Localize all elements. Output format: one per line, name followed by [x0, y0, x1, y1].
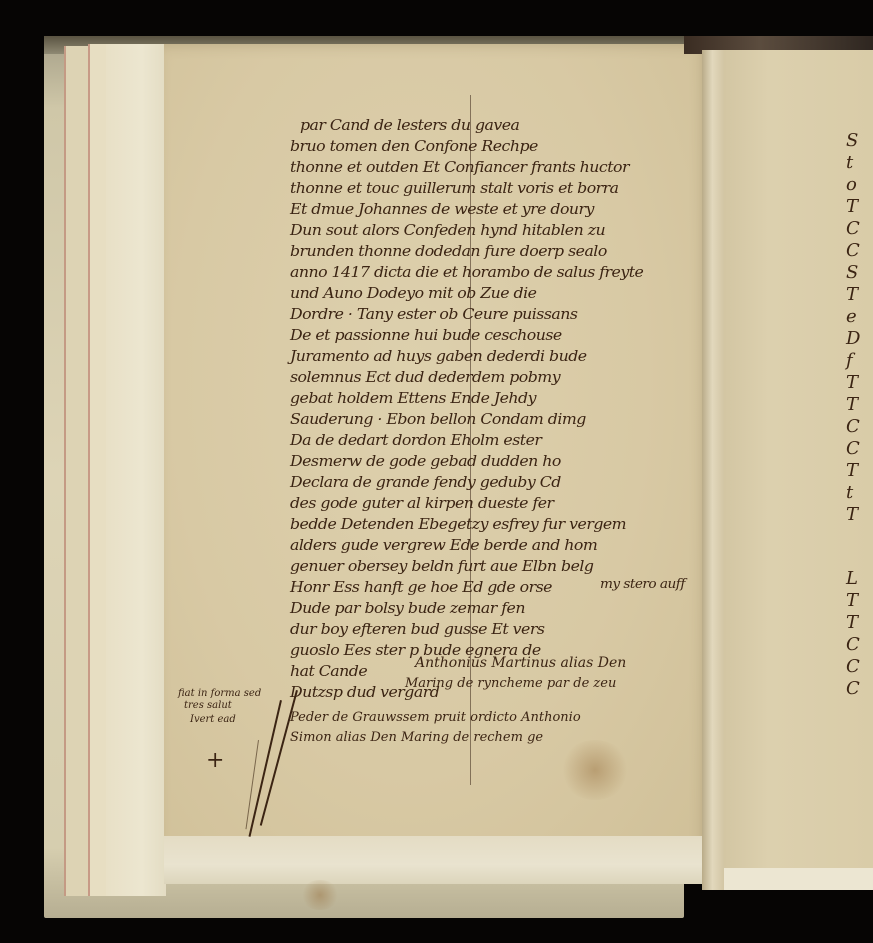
initial: C [846, 218, 860, 240]
text-line: Juramento ad huys gaben dederdi bude [290, 346, 587, 366]
text-line: bedde Detenden Ebegetzy esfrey fur verge… [290, 514, 626, 534]
initial: C [846, 634, 860, 656]
text-line: und Auno Dodeyo mit ob Zue die [290, 283, 536, 303]
initial: t [846, 152, 853, 174]
right-page-bottom-margin [724, 868, 873, 890]
initial: T [846, 394, 858, 416]
text-line: Dun sout alors Confeden hynd hitablen zu [290, 220, 605, 240]
initial: C [846, 656, 860, 678]
text-line: bruo tomen den Confone Rechpe [290, 136, 538, 156]
initial: T [846, 196, 858, 218]
initial: f [846, 350, 853, 372]
initial: S [846, 130, 858, 152]
text-line: anno 1417 dicta die et horambo de salus … [290, 262, 643, 282]
text-line: dur boy efteren bud gusse Et vers [290, 619, 544, 639]
initial: T [846, 284, 858, 306]
initial: C [846, 438, 860, 460]
initial: D [846, 328, 860, 350]
initial: T [846, 372, 858, 394]
left-page-bottom-margin [164, 836, 708, 884]
text-line: gebat holdem Ettens Ende Jehdy [290, 388, 536, 408]
closing-line-2: Simon alias Den Maring de rechem ge [290, 730, 543, 745]
trailing-note: my stero auff [600, 575, 685, 595]
text-line: Sauderung · Ebon bellon Condam dimg [290, 409, 586, 429]
initial: C [846, 416, 860, 438]
text-line: des gode guter al kirpen dueste fer [290, 493, 554, 513]
text-line: thonne et outden Et Confiancer frants hu… [290, 157, 629, 177]
text-line: Honr Ess hanft ge hoe Ed gde orse [290, 577, 552, 597]
margin-note-line-1: fiat in forma sed [178, 688, 261, 699]
initial: e [846, 306, 857, 328]
text-line: De et passionne hui bude ceschouse [290, 325, 562, 345]
initial: t [846, 482, 853, 504]
text-line: Dordre · Tany ester ob Ceure puissans [290, 304, 577, 324]
cross-mark: + [206, 748, 224, 773]
initial: S [846, 262, 858, 284]
signature-line-1: Anthonius Martinus alias Den [415, 655, 626, 671]
initial: C [846, 240, 860, 262]
text-line: brunden thonne dodedan fure doerp sealo [290, 241, 607, 261]
signature-line-2: Maring de ryncheme par de zeu [405, 676, 616, 691]
initial: o [846, 174, 857, 196]
stain [560, 740, 630, 800]
initial: T [846, 590, 858, 612]
margin-note-line-2: tres salut [184, 700, 232, 711]
closing-line-1: Peder de Grauwssem pruit ordicto Anthoni… [290, 710, 581, 725]
text-line: par Cand de lesters du gavea [300, 115, 519, 135]
flyleaf [106, 44, 166, 896]
text-line: Dude par bolsy bude zemar fen [290, 598, 525, 618]
text-line: alders gude vergrew Ede berde and hom [290, 535, 597, 555]
initial: T [846, 612, 858, 634]
margin-note-line-3: Ivert ead [190, 714, 236, 725]
initial: L [846, 568, 858, 590]
stain [300, 880, 340, 910]
text-line: hat Cande [290, 661, 367, 681]
text-line: Declara de grande fendy geduby Cd [290, 472, 561, 492]
initial: C [846, 678, 860, 700]
initial: T [846, 460, 858, 482]
text-line: Et dmue Johannes de weste et yre doury [290, 199, 594, 219]
text-line: Desmerw de gode gebad dudden ho [290, 451, 561, 471]
text-line: solemnus Ect dud dederdem pobmy [290, 367, 560, 387]
text-line: genuer obersey beldn furt aue Elbn belg [290, 556, 593, 576]
text-line: thonne et touc guillerum stalt voris et … [290, 178, 619, 198]
text-line: Da de dedart dordon Eholm ester [290, 430, 541, 450]
initial: T [846, 504, 858, 526]
